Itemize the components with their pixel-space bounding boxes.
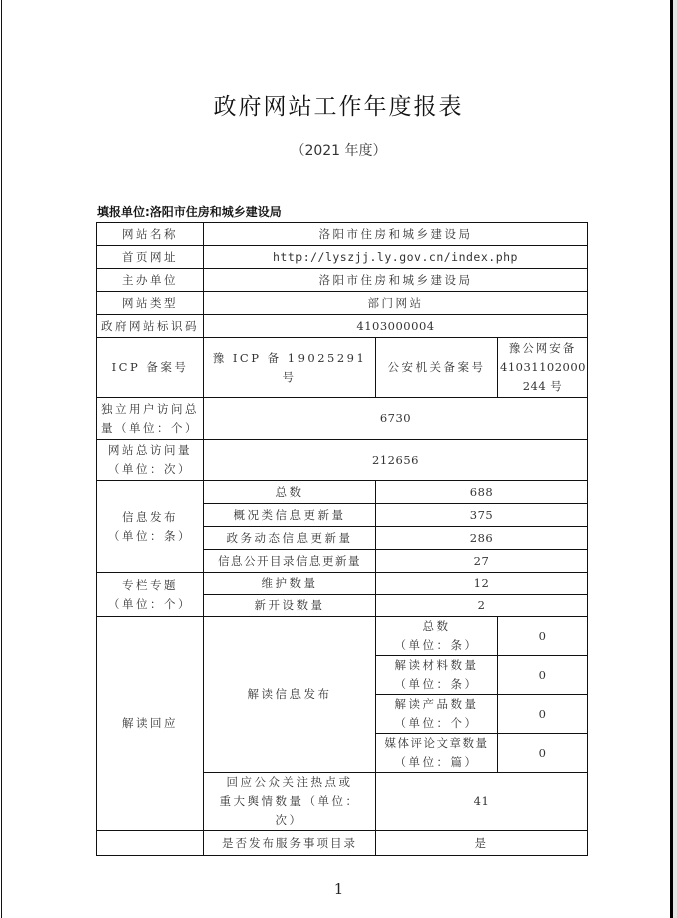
- police-record-line: 41031102000: [500, 358, 585, 377]
- page-shadow: [673, 0, 677, 918]
- site-id-code-value: 4103000004: [204, 315, 588, 338]
- info-publish-row-value: 27: [376, 550, 588, 573]
- total-visits-label: 网站总访问量 （单位：次）: [97, 440, 204, 481]
- host-unit-value: 洛阳市住房和城乡建设局: [204, 269, 588, 292]
- columns-row-label: 新开设数量: [204, 595, 376, 617]
- info-publish-label: 信息发布 （单位：条）: [97, 481, 204, 573]
- label-line: 总数: [378, 617, 495, 636]
- total-visits-value: 212656: [204, 440, 588, 481]
- document-title: 政府网站工作年度报表: [0, 88, 677, 121]
- interpretation-row-label: 解读材料数量 （单位：条）: [376, 656, 498, 695]
- label-line: 专栏专题: [99, 576, 201, 595]
- police-record-line: 豫公网安备: [500, 339, 585, 358]
- label-line: （单位：条）: [378, 636, 495, 655]
- interpretation-row-label: 解读产品数量 （单位：个）: [376, 695, 498, 734]
- interpretation-sublabel: 解读信息发布: [204, 617, 376, 773]
- police-record-label: 公安机关备案号: [376, 338, 498, 398]
- columns-label: 专栏专题 （单位：个）: [97, 573, 204, 617]
- interpretation-row-label: 媒体评论文章数量 （单位：篇）: [376, 734, 498, 773]
- table-row: 首页网址 http://lyszjj.ly.gov.cn/index.php: [97, 246, 588, 269]
- table-row: 独立用户访问总 量（单位：个） 6730: [97, 398, 588, 440]
- table-row: 解读回应 解读信息发布 总数 （单位：条） 0: [97, 617, 588, 656]
- site-type-value: 部门网站: [204, 292, 588, 315]
- service-catalog-value: 是: [376, 831, 588, 856]
- homepage-url-label: 首页网址: [97, 246, 204, 269]
- empty-cell: [97, 831, 204, 856]
- table-row: 网站总访问量 （单位：次） 212656: [97, 440, 588, 481]
- unique-visitors-label: 独立用户访问总 量（单位：个）: [97, 398, 204, 440]
- info-publish-row-value: 688: [376, 481, 588, 504]
- site-name-label: 网站名称: [97, 223, 204, 246]
- label-line: （单位：个）: [378, 714, 495, 733]
- label-line: 量（单位：个）: [99, 419, 201, 438]
- table-row: 网站类型 部门网站: [97, 292, 588, 315]
- columns-row-value: 12: [376, 573, 588, 595]
- interpretation-label: 解读回应: [97, 617, 204, 831]
- label-line: 解读材料数量: [378, 656, 495, 675]
- info-publish-row-label: 总数: [204, 481, 376, 504]
- label-line: 解读产品数量: [378, 695, 495, 714]
- table-row: 网站名称 洛阳市住房和城乡建设局: [97, 223, 588, 246]
- response-value: 41: [376, 773, 588, 831]
- table-row: 政府网站标识码 4103000004: [97, 315, 588, 338]
- label-line: （单位：次）: [99, 460, 201, 479]
- info-publish-row-label: 政务动态信息更新量: [204, 527, 376, 550]
- info-publish-row-value: 375: [376, 504, 588, 527]
- homepage-url-value: http://lyszjj.ly.gov.cn/index.php: [204, 246, 588, 269]
- report-table: 网站名称 洛阳市住房和城乡建设局 首页网址 http://lyszjj.ly.g…: [96, 222, 588, 856]
- table-row: 主办单位 洛阳市住房和城乡建设局: [97, 269, 588, 292]
- icp-value: 豫 ICP 备 19025291 号: [204, 338, 376, 398]
- interpretation-row-value: 0: [498, 695, 588, 734]
- label-line: 次）: [206, 811, 373, 830]
- info-publish-row-label: 概况类信息更新量: [204, 504, 376, 527]
- label-line: （单位：篇）: [378, 753, 495, 772]
- page-number: 1: [0, 880, 677, 898]
- label-line: 回应公众关注热点或: [206, 773, 373, 792]
- label-line: 媒体评论文章数量: [378, 734, 495, 753]
- police-record-line: 244 号: [500, 377, 585, 396]
- interpretation-row-value: 0: [498, 617, 588, 656]
- table-row: 信息发布 （单位：条） 总数 688: [97, 481, 588, 504]
- reporting-unit: 填报单位:洛阳市住房和城乡建设局: [97, 203, 282, 220]
- label-line: 独立用户访问总: [99, 400, 201, 419]
- table-row: 是否发布服务事项目录 是: [97, 831, 588, 856]
- page-border-left: [1, 0, 2, 918]
- response-label: 回应公众关注热点或 重大舆情数量（单位： 次）: [204, 773, 376, 831]
- columns-row-label: 维护数量: [204, 573, 376, 595]
- service-catalog-label: 是否发布服务事项目录: [204, 831, 376, 856]
- unique-visitors-value: 6730: [204, 398, 588, 440]
- info-publish-row-value: 286: [376, 527, 588, 550]
- columns-row-value: 2: [376, 595, 588, 617]
- host-unit-label: 主办单位: [97, 269, 204, 292]
- label-line: （单位：个）: [99, 595, 201, 614]
- interpretation-row-value: 0: [498, 656, 588, 695]
- label-line: （单位：条）: [99, 527, 201, 546]
- icp-label: ICP 备案号: [97, 338, 204, 398]
- interpretation-row-value: 0: [498, 734, 588, 773]
- info-publish-row-label: 信息公开目录信息更新量: [204, 550, 376, 573]
- site-type-label: 网站类型: [97, 292, 204, 315]
- interpretation-row-label: 总数 （单位：条）: [376, 617, 498, 656]
- police-record-value: 豫公网安备 41031102000 244 号: [498, 338, 588, 398]
- table-row: ICP 备案号 豫 ICP 备 19025291 号 公安机关备案号 豫公网安备…: [97, 338, 588, 398]
- table-row: 专栏专题 （单位：个） 维护数量 12: [97, 573, 588, 595]
- label-line: 信息发布: [99, 508, 201, 527]
- document-subtitle: （2021 年度）: [0, 140, 677, 160]
- label-line: （单位：条）: [378, 675, 495, 694]
- label-line: 重大舆情数量（单位：: [206, 792, 373, 811]
- site-name-value: 洛阳市住房和城乡建设局: [204, 223, 588, 246]
- site-id-code-label: 政府网站标识码: [97, 315, 204, 338]
- label-line: 网站总访问量: [99, 441, 201, 460]
